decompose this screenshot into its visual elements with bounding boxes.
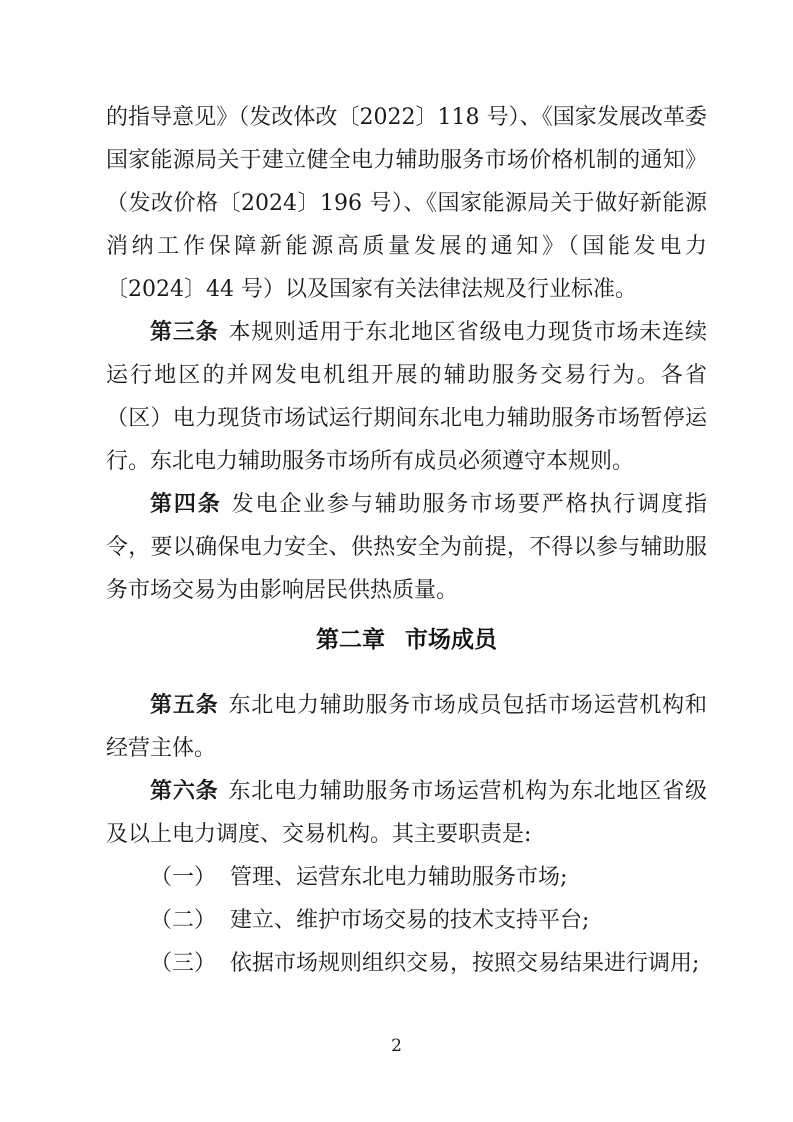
paragraph-article-3: 第三条本规则适用于东北地区省级电力现货市场未连续运行地区的并网发电机组开展的辅助… — [106, 311, 707, 483]
duty-item-1-text: 管理、运营东北电力辅助服务市场; — [230, 865, 567, 890]
duty-item-3-marker: （三） — [150, 951, 216, 976]
article-5-label: 第五条 — [150, 692, 218, 718]
duty-item-1: （一）管理、运营东北电力辅助服务市场; — [106, 856, 707, 899]
page-footer: 2 — [0, 1034, 793, 1058]
duty-item-3: （三）依据市场规则组织交易，按照交易结果进行调用; — [106, 942, 707, 985]
duty-item-1-marker: （一） — [150, 865, 216, 890]
paragraph-article-6: 第六条东北电力辅助服务市场运营机构为东北地区省级及以上电力调度、交易机构。其主要… — [106, 770, 707, 856]
duty-item-2-text: 建立、维护市场交易的技术支持平台; — [230, 908, 589, 933]
article-6-label: 第六条 — [150, 778, 218, 804]
duty-item-2: （二）建立、维护市场交易的技术支持平台; — [106, 899, 707, 942]
document-page: 的指导意见》（发改体改〔2022〕118 号）、《国家发展改革委 国家能源局关于… — [0, 0, 793, 1122]
paragraph-article-4: 第四条发电企业参与辅助服务市场要严格执行调度指令，要以确保电力安全、供热安全为前… — [106, 483, 707, 612]
document-body: 的指导意见》（发改体改〔2022〕118 号）、《国家发展改革委 国家能源局关于… — [106, 96, 707, 985]
chapter-2-title: 市场成员 — [405, 627, 497, 653]
paragraph-legal-basis-continuation: 的指导意见》（发改体改〔2022〕118 号）、《国家发展改革委 国家能源局关于… — [106, 96, 707, 311]
duty-item-2-marker: （二） — [150, 908, 216, 933]
chapter-2-number: 第二章 — [316, 627, 385, 653]
chapter-2-heading: 第二章市场成员 — [106, 619, 707, 662]
article-4-label: 第四条 — [150, 491, 222, 517]
page-number: 2 — [391, 1036, 402, 1056]
article-3-label: 第三条 — [150, 319, 218, 345]
paragraph-article-5: 第五条东北电力辅助服务市场成员包括市场运营机构和经营主体。 — [106, 684, 707, 770]
duty-item-3-text: 依据市场规则组织交易，按照交易结果进行调用; — [230, 951, 699, 976]
